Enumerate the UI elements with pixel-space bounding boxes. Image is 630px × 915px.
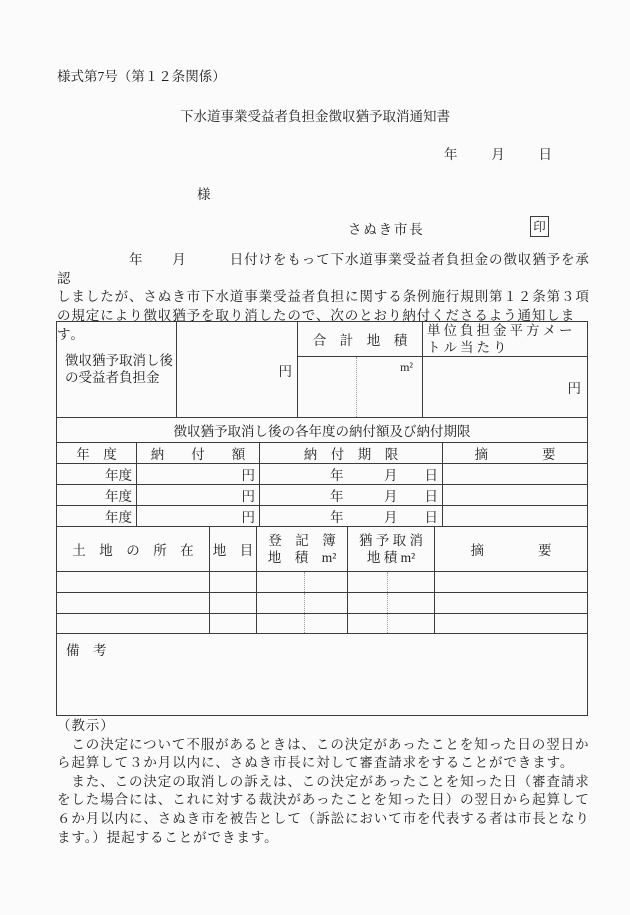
year-cell: 年度 (57, 464, 137, 485)
notice-line: この決定について不服があるときは、この決定があったことを知った日の翌日か (57, 736, 607, 755)
deadline-cell: 年 月 日 (260, 464, 443, 485)
dotted-divider (304, 572, 305, 592)
land-location-cell (57, 614, 210, 634)
document-page: 様式第7号（第１２条関係） 下水道事業受益者負担金徴収猶予取消通知書 年 月 日… (0, 0, 630, 915)
dotted-divider (304, 593, 305, 613)
schedule-table: 徴収猶予取消し後の各年度の納付額及び納付期限 年 度 納 付 額 納 付 期 限… (56, 417, 588, 527)
seal-mark: 印 (530, 216, 549, 237)
deadline-cell: 年 月 日 (260, 485, 443, 506)
col-header-land-remarks: 摘 要 (435, 527, 588, 572)
total-area-header: 合 計 地 積 (298, 322, 423, 357)
col-header-cancelled-area: 猶 予 取 消 地 積 m² (348, 527, 435, 572)
summary-table: 徴収猶予取消し後の受益者負担金 円 合 計 地 積 単位負担金平方メートル当たり… (56, 321, 588, 418)
land-category-cell (210, 593, 257, 614)
notice-line: ら起算して３か月以内に、さぬき市長に対して審査請求をすることができます。 (57, 754, 607, 773)
col-header-land-location: 土 地 の 所 在 (57, 527, 210, 572)
dotted-divider (356, 357, 357, 417)
dotted-divider (387, 593, 388, 613)
deadline-cell: 年 月 日 (260, 506, 443, 527)
year-cell: 年度 (57, 485, 137, 506)
land-category-cell (210, 572, 257, 593)
land-location-cell (57, 593, 210, 614)
unit-charge-cell: 円 (423, 357, 588, 418)
land-table: 土 地 の 所 在 地 目 登 記 簿 地 積 m² 猶 予 取 消 地 積 m… (56, 526, 588, 634)
remarks-box: 備 考 (57, 634, 588, 716)
land-remarks-cell (435, 572, 588, 593)
form-number: 様式第7号（第１２条関係） (57, 65, 226, 85)
unit-charge-header: 単位負担金平方メートル当たり (423, 322, 588, 357)
col-header-year: 年 度 (57, 443, 137, 464)
issue-date-line: 年 月 日 (444, 143, 552, 163)
cancelled-area-cell (348, 614, 435, 634)
dotted-divider (387, 614, 388, 633)
table-row (57, 614, 588, 634)
body-line: 年 月 日付けをもって下水道事業受益者負担金の徴収猶予を承認 (57, 251, 602, 288)
remarks-cell (443, 506, 588, 527)
date-year-label: 年 (444, 143, 458, 163)
col-header-land-category: 地 目 (210, 527, 257, 572)
dotted-divider (387, 572, 388, 592)
table-row (57, 593, 588, 614)
addressee-suffix: 様 (197, 183, 211, 203)
amount-cell: 円 (137, 485, 260, 506)
table-row: 年度 円 年 月 日 (57, 506, 588, 527)
summary-row-label: 徴収猶予取消し後の受益者負担金 (57, 322, 177, 418)
page-title: 下水道事業受益者負担金徴収猶予取消通知書 (0, 105, 630, 125)
issuer-name: さぬき市長 (348, 218, 425, 238)
remarks-cell (443, 464, 588, 485)
registered-area-cell (257, 572, 348, 593)
notice-heading: （教示） (57, 717, 607, 736)
col-header-amount: 納 付 額 (137, 443, 260, 464)
registered-area-cell (257, 614, 348, 634)
date-day-label: 日 (539, 143, 553, 163)
table-row: 年度 円 年 月 日 (57, 464, 588, 485)
col-header-deadline: 納 付 期 限 (260, 443, 443, 464)
dotted-divider (304, 614, 305, 633)
land-category-cell (210, 614, 257, 634)
cancelled-area-cell (348, 593, 435, 614)
body-line: しましたが、さぬき市下水道事業受益者負担に関する条例施行規則第１２条第３項 (57, 288, 602, 307)
total-area-cell: m² (298, 357, 423, 418)
square-meter-unit: m² (400, 360, 413, 375)
year-cell: 年度 (57, 506, 137, 527)
cancelled-area-cell (348, 572, 435, 593)
amount-cell: 円 (137, 464, 260, 485)
amount-cell: 円 (137, 506, 260, 527)
col-header-registered-area: 登 記 簿 地 積 m² (257, 527, 348, 572)
schedule-title: 徴収猶予取消し後の各年度の納付額及び納付期限 (57, 418, 588, 443)
notice-line: ６か月以内に、さぬき市を被告として（訴訟において市を代表する者は市長となり (57, 810, 607, 829)
table-row: 年度 円 年 月 日 (57, 485, 588, 506)
remarks-cell (443, 485, 588, 506)
col-header-remarks: 摘 要 (443, 443, 588, 464)
land-remarks-cell (435, 593, 588, 614)
date-month-label: 月 (491, 143, 505, 163)
registered-area-cell (257, 593, 348, 614)
charge-amount-cell: 円 (177, 322, 298, 418)
remarks-table: 備 考 (56, 633, 588, 716)
notice-line: をした場合には、これに対する裁決があったことを知った日）の翌日から起算して (57, 791, 607, 810)
form-table: 徴収猶予取消し後の受益者負担金 円 合 計 地 積 単位負担金平方メートル当たり… (56, 321, 587, 716)
appeal-notice: （教示） この決定について不服があるときは、この決定があったことを知った日の翌日… (57, 717, 607, 847)
land-location-cell (57, 572, 210, 593)
notice-line: ます。）提起することができます。 (57, 829, 607, 848)
table-row (57, 572, 588, 593)
land-remarks-cell (435, 614, 588, 634)
notice-line: また、この決定の取消しの訴えは、この決定があったことを知った日（審査請求 (57, 773, 607, 792)
